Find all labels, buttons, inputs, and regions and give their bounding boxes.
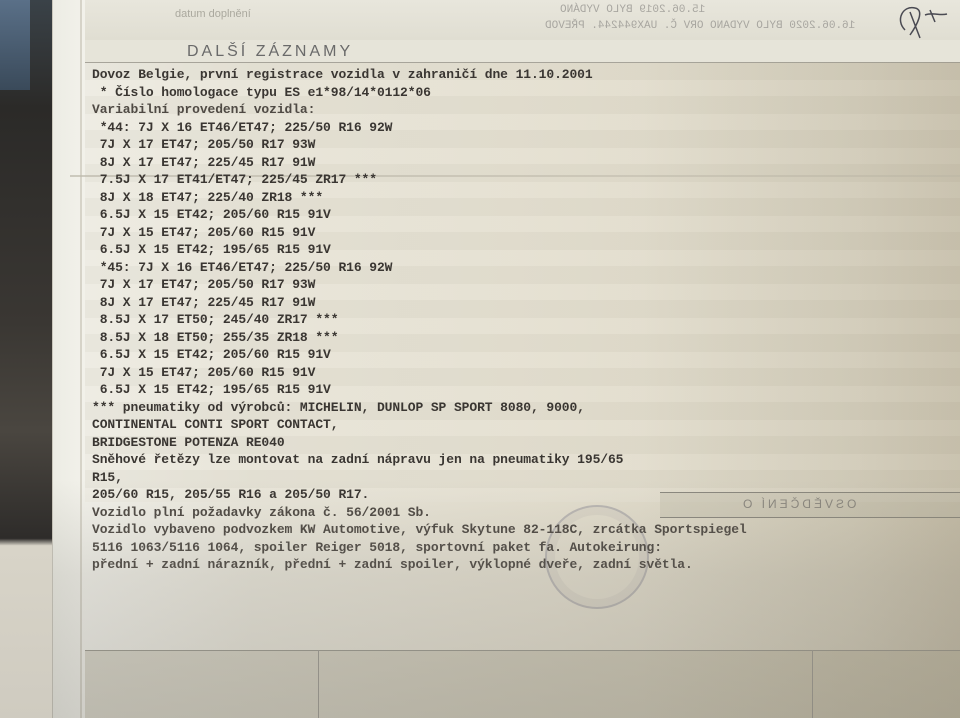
equipment-line: 5116 1063/5116 1064, spoiler Reiger 5018…	[92, 539, 952, 557]
lower-form-divider	[812, 650, 813, 718]
lower-form-divider	[318, 650, 319, 718]
bleed-through-text-2: 16.06.2020 BYLO VYDANO ORV Č. UAX944244.…	[545, 20, 855, 32]
signature-mark	[885, 0, 955, 40]
record-line: * Číslo homologace typu ES e1*98/14*0112…	[92, 84, 952, 102]
bleed-through-text-1: 15.06.2019 BYLO VYDÁNO	[560, 4, 705, 16]
lower-form-area	[85, 650, 960, 718]
header-label: datum doplnění	[175, 8, 251, 20]
tyre-manufacturers-line: CONTINENTAL CONTI SPORT CONTACT,	[92, 416, 952, 434]
snow-chains-line: Sněhové řetězy lze montovat na zadní náp…	[92, 451, 952, 469]
wheel-variant-line: 8J X 17 ET47; 225/45 R17 91W	[92, 294, 952, 312]
section-header: DALŠÍ ZÁZNAMY	[85, 40, 960, 63]
wheel-variant-line: 7J X 15 ET47; 205/60 R15 91V	[92, 224, 952, 242]
section-title: DALŠÍ ZÁZNAMY	[187, 43, 353, 61]
record-line: Dovoz Belgie, první registrace vozidla v…	[92, 66, 952, 84]
wheel-variant-line: 7.5J X 17 ET41/ET47; 225/45 ZR17 ***	[92, 171, 952, 189]
background-object	[0, 0, 30, 90]
wheel-variant-line: 7J X 17 ET47; 205/50 R17 93W	[92, 276, 952, 294]
wheel-variant-line: 8.5J X 18 ET50; 255/35 ZR18 ***	[92, 329, 952, 347]
wheel-variant-line: 6.5J X 15 ET42; 205/60 R15 91V	[92, 206, 952, 224]
wheel-variant-line: 7J X 15 ET47; 205/60 R15 91V	[92, 364, 952, 382]
snow-chains-line: 205/60 R15, 205/55 R16 a 205/50 R17.	[92, 486, 952, 504]
compliance-line: Vozidlo plní požadavky zákona č. 56/2001…	[92, 504, 952, 522]
paper-margin-line	[80, 0, 82, 718]
wheel-variant-line: *44: 7J X 16 ET46/ET47; 225/50 R16 92W	[92, 119, 952, 137]
records-text: Dovoz Belgie, první registrace vozidla v…	[92, 66, 952, 574]
equipment-line: Vozidlo vybaveno podvozkem KW Automotive…	[92, 521, 952, 539]
record-line: Variabilní provedení vozidla:	[92, 101, 952, 119]
wheel-variant-line: 8J X 18 ET47; 225/40 ZR18 ***	[92, 189, 952, 207]
tyre-manufacturers-line: BRIDGESTONE POTENZA RE040	[92, 434, 952, 452]
tyre-manufacturers-line: *** pneumatiky od výrobců: MICHELIN, DUN…	[92, 399, 952, 417]
wheel-variant-line: 6.5J X 15 ET42; 195/65 R15 91V	[92, 381, 952, 399]
wheel-variant-line: 6.5J X 15 ET42; 205/60 R15 91V	[92, 346, 952, 364]
equipment-line: přední + zadní nárazník, přední + zadní …	[92, 556, 952, 574]
wheel-variant-line: 8.5J X 17 ET50; 245/40 ZR17 ***	[92, 311, 952, 329]
wheel-variant-line: 8J X 17 ET47; 225/45 R17 91W	[92, 154, 952, 172]
wheel-variant-line: *45: 7J X 16 ET46/ET47; 225/50 R16 92W	[92, 259, 952, 277]
wheel-variant-line: 6.5J X 15 ET42; 195/65 R15 91V	[92, 241, 952, 259]
snow-chains-line: R15,	[92, 469, 952, 487]
wheel-variant-line: 7J X 17 ET47; 205/50 R17 93W	[92, 136, 952, 154]
